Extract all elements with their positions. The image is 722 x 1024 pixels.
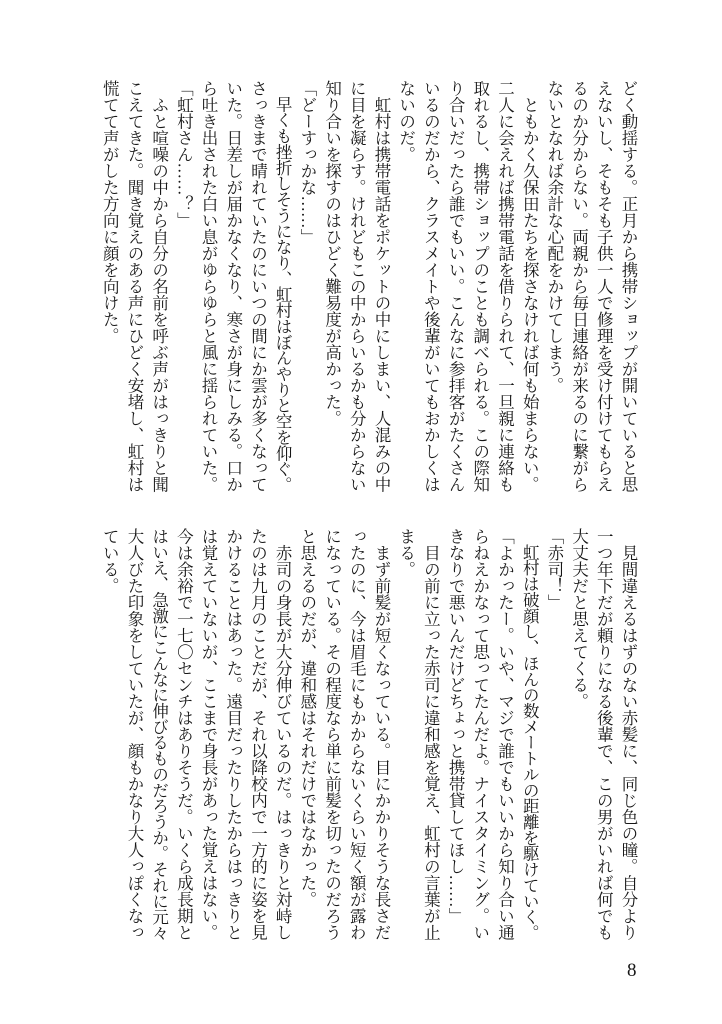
text-line: 虹村は破顔し、ほんの数メートルの距離を駆けていく。 — [516, 528, 541, 944]
text-line: ないのだ。 — [393, 80, 418, 496]
text-line: ともかく久保田たちを探さなければ何も始まらない。 — [516, 80, 541, 496]
text-line: 虹村は携帯電話をポケットの中にしまい、人混みの中 — [368, 80, 393, 496]
text-line: 「赤司！」 — [541, 528, 566, 944]
text-line: 赤司の身長が大分伸びているのだ。はっきりと対峙し — [269, 528, 294, 944]
text-line: まず前髪が短くなっている。目にかかりそうな長さだ — [368, 528, 393, 944]
text-line: きなりで悪いんだけどちょっと携帯貸してほし……」 — [442, 528, 467, 944]
text-block-lower: 見間違えるはずのない赤髪に、同じ色の瞳。自分より 一つ年下だが頼りになる後輩で、… — [97, 528, 640, 944]
text-line: に目を凝らす。けれどもこの中からいるかも分からない — [344, 80, 369, 496]
text-line: ている。 — [97, 528, 122, 944]
text-line: いるのだから、クラスメイトや後輩がいてもおかしくは — [418, 80, 443, 496]
text-line: こえてきた。聞き覚えのある声にひどく安堵し、虹村は — [121, 80, 146, 496]
text-line: 慌てて声がした方向に顔を向けた。 — [97, 80, 122, 496]
text-line: 今は余裕で一七〇センチはありそうだ。いくら成長期と — [171, 528, 196, 944]
text-line: 一つ年下だが頼りになる後輩で、この男がいれば何でも — [591, 528, 616, 944]
text-line: 知り合いを探すのはひどく難易度が高かった。 — [319, 80, 344, 496]
text-line: 目の前に立った赤司に違和感を覚え、虹村の言葉が止 — [418, 528, 443, 944]
text-line: 「虹村さん……？」 — [171, 80, 196, 496]
text-line: さっきまで晴れていたのにいつの間にか雲が多くなって — [245, 80, 270, 496]
text-line: り合いだったら誰でもいい。こんなに参拝客がたくさん — [442, 80, 467, 496]
text-line: はいえ、急激にこんなに伸びるものだろうか。それに元々 — [146, 528, 171, 944]
text-line: まる。 — [393, 528, 418, 944]
text-line: かけることはあった。遠目だったりしたからはっきりと — [220, 528, 245, 944]
text-line: は覚えていないが、ここまで身長があった覚えはない。 — [195, 528, 220, 944]
text-line: たのは九月のことだが、それ以降校内で一方的に姿を見 — [245, 528, 270, 944]
text-line: えないし、そもそも子供一人で修理を受け付けてもらえ — [591, 80, 616, 496]
text-line: 早くも挫折しそうになり、虹村はぼんやりと空を仰ぐ。 — [269, 80, 294, 496]
text-line: ら吐き出された白い息がゆらゆらと風に揺られていた。 — [195, 80, 220, 496]
text-line: 「どーすっかな……」 — [294, 80, 319, 496]
text-line: らねえかなって思ってたんだよ。ナイスタイミング。い — [467, 528, 492, 944]
text-line: と思えるのだが、違和感はそれだけではなかった。 — [294, 528, 319, 944]
text-line: 大人びた印象をしていたが、顔もかなり大人っぽくなっ — [121, 528, 146, 944]
text-line: ふと喧噪の中から自分の名前を呼ぶ声がはっきりと聞 — [146, 80, 171, 496]
text-line: 大丈夫だと思えてくる。 — [566, 528, 591, 944]
text-line: どく動揺する。正月から携帯ショップが開いていると思 — [615, 80, 640, 496]
text-line: になっている。その程度なら単に前髪を切ったのだろう — [319, 528, 344, 944]
text-line: 取れるし、携帯ショップのことも調べられる。この際知 — [467, 80, 492, 496]
text-line: ったのに、今は眉毛にもかからないくらい短く額が露わ — [344, 528, 369, 944]
text-block-upper: どく動揺する。正月から携帯ショップが開いていると思 えないし、そもそも子供一人で… — [97, 80, 640, 496]
page-number: 8 — [627, 960, 637, 982]
text-line: 「よかったー。いや、マジで誰でもいいから知り合い通 — [492, 528, 517, 944]
text-line: るのか分からない。両親から毎日連絡が来るのに繋がら — [566, 80, 591, 496]
text-line: 二人に会えれば携帯電話を借りられて、一旦親に連絡も — [492, 80, 517, 496]
novel-page: どく動揺する。正月から携帯ショップが開いていると思 えないし、そもそも子供一人で… — [0, 0, 722, 1024]
text-line: いた。日差しが届かなくなり、寒さが身にしみる。口か — [220, 80, 245, 496]
text-line: 見間違えるはずのない赤髪に、同じ色の瞳。自分より — [615, 528, 640, 944]
text-line: ないとなれば余計な心配をかけてしまう。 — [541, 80, 566, 496]
